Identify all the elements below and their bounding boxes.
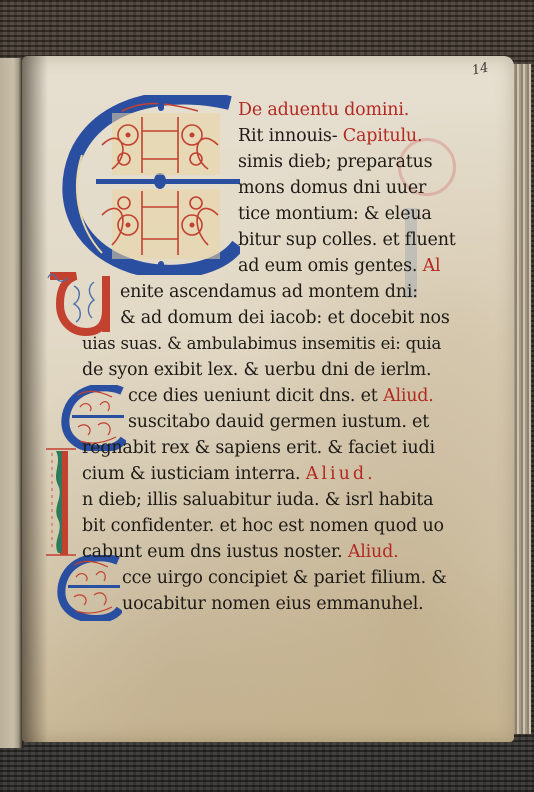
textile-background-bottom [0, 735, 534, 792]
text-line: uocabitur nomen eius emmanuhel. [122, 594, 424, 614]
text-line: mons domus dni uuer [238, 178, 426, 198]
rubric-aliud: Aliud. [348, 542, 399, 562]
text-line: tice montium: & eleua [238, 204, 432, 224]
gutter-shadow [22, 56, 48, 742]
text-line: suscitabo dauid germen iustum. et [128, 412, 429, 432]
text-line: simis dieb; preparatus [238, 152, 432, 172]
facing-leaf-edge [0, 58, 24, 748]
text-line: cabunt eum dns iustus noster. Aliud. [82, 542, 399, 562]
chapter-label: Capitulu. [343, 126, 423, 146]
text-line: cium & iusticiam interra. Aliud. [82, 464, 376, 484]
heading-rubric: De aduentu domini. [238, 100, 409, 120]
text-line: bitur sup colles. et fluent [238, 230, 456, 250]
initial-u-icon [46, 270, 118, 338]
text-line: enite ascendamus ad montem dni: [120, 282, 418, 302]
text-line: ad eum omis gentes. Al [238, 256, 440, 276]
text-line: Rit innouis- Capitulu. [238, 126, 422, 146]
text-line: de syon exibit lex. & uerbu dni de ierlm… [82, 360, 431, 380]
text-line: regnabit rex & sapiens erit. & faciet iu… [82, 438, 435, 458]
initial-e-bottom-icon [56, 555, 122, 621]
initial-e-large-icon [62, 95, 240, 275]
rubric-marker: Al [423, 256, 441, 276]
text-line: n dieb; illis saluabitur iuda. & isrl ha… [82, 490, 433, 510]
text-line: & ad domum dei iacob: et docebit nos [120, 308, 450, 328]
text-line: cce dies ueniunt dicit dns. et Aliud. [128, 386, 434, 406]
rubric-aliud: Aliud. [383, 386, 434, 406]
text-line: cce uirgo concipiet & pariet filium. & [122, 568, 447, 588]
rubric-aliud: Aliud. [306, 464, 376, 484]
text-line: uias suas. & ambulabimus insemitis ei: q… [82, 334, 441, 354]
initial-i-icon [46, 443, 76, 563]
text-line: bit confidenter. et hoc est nomen quod u… [82, 516, 444, 536]
